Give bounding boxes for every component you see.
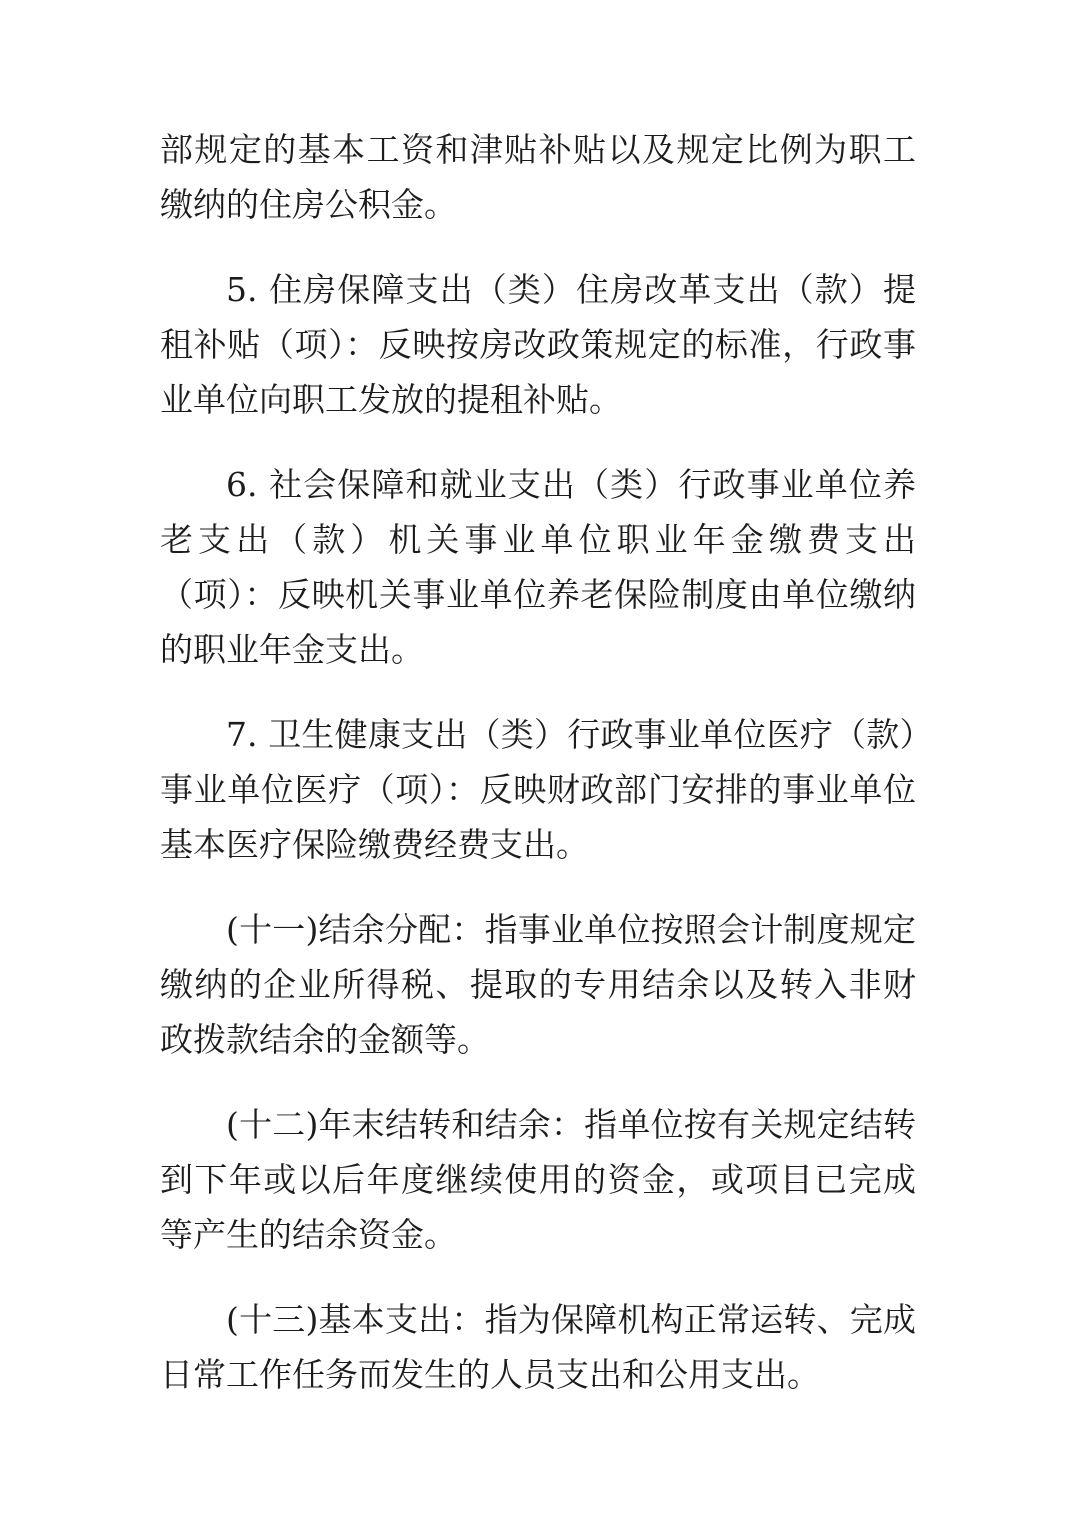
paragraph-continuation: 部规定的基本工资和津贴补贴以及规定比例为职工缴纳的住房公积金。 bbox=[160, 122, 916, 232]
paragraph-item-12-year-end-carryover: (十二)年末结转和结余：指单位按有关规定结转到下年或以后年度继续使用的资金，或项… bbox=[160, 1097, 916, 1262]
paragraph-item-11-surplus-distribution: (十一)结余分配：指事业单位按照会计制度规定缴纳的企业所得税、提取的专用结余以及… bbox=[160, 902, 916, 1067]
paragraph-item-5-housing-security: 5. 住房保障支出（类）住房改革支出（款）提租补贴（项）：反映按房改政策规定的标… bbox=[160, 262, 916, 427]
document-text-block: 部规定的基本工资和津贴补贴以及规定比例为职工缴纳的住房公积金。 5. 住房保障支… bbox=[160, 122, 916, 1402]
paragraph-item-6-social-security: 6. 社会保障和就业支出（类）行政事业单位养老支出（款）机关事业单位职业年金缴费… bbox=[160, 457, 916, 677]
document-page: 部规定的基本工资和津贴补贴以及规定比例为职工缴纳的住房公积金。 5. 住房保障支… bbox=[0, 0, 1074, 1520]
paragraph-item-13-basic-expenditure: (十三)基本支出：指为保障机构正常运转、完成日常工作任务而发生的人员支出和公用支… bbox=[160, 1292, 916, 1402]
paragraph-item-7-health: 7. 卫生健康支出（类）行政事业单位医疗（款）事业单位医疗（项）：反映财政部门安… bbox=[160, 707, 916, 872]
